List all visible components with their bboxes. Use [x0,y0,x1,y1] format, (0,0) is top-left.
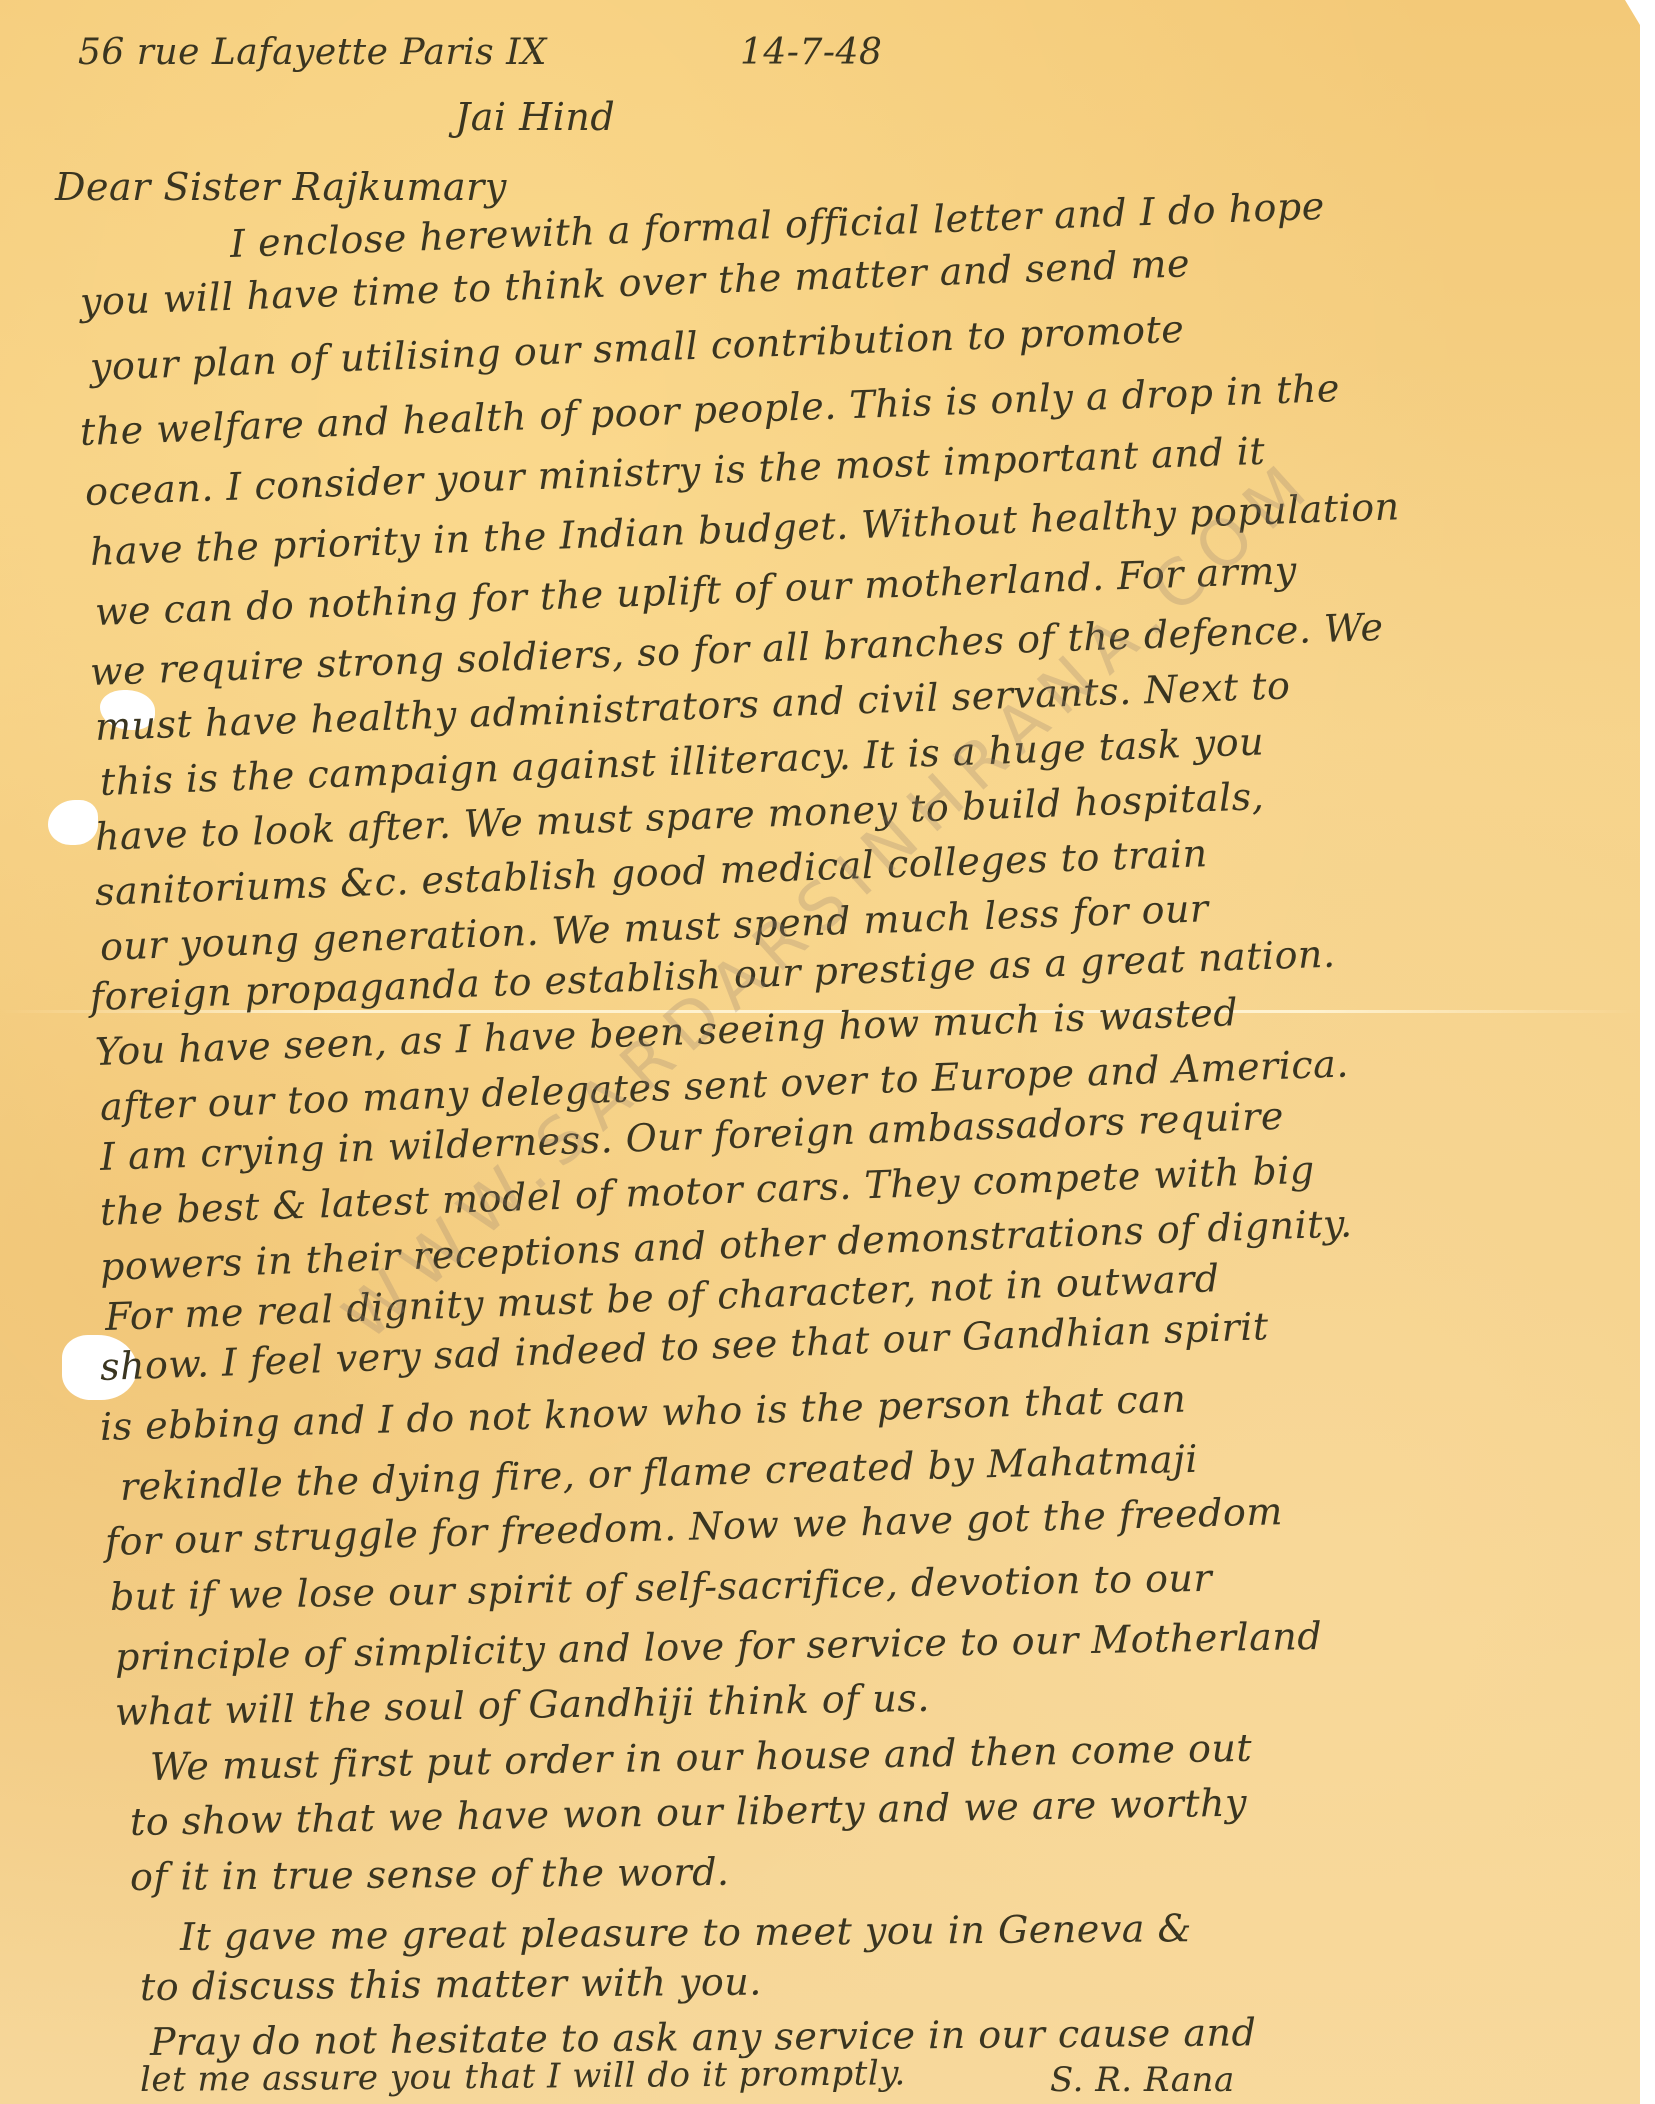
body-line: to discuss this matter with you. [140,1960,762,2009]
body-line: It gave me great pleasure to meet you in… [180,1906,1192,1959]
signature: S. R. Rana [1050,2060,1235,2100]
letter-date: 14-7-48 [740,32,882,73]
body-line: let me assure you that I will do it prom… [140,2053,906,2100]
body-line: of it in true sense of the word. [130,1850,730,1899]
greeting: Dear Sister Rajkumary [55,165,507,209]
jai-hind-heading: Jai Hind [455,95,615,139]
sender-address: 56 rue Lafayette Paris IX [78,32,547,73]
punch-hole [48,800,98,845]
